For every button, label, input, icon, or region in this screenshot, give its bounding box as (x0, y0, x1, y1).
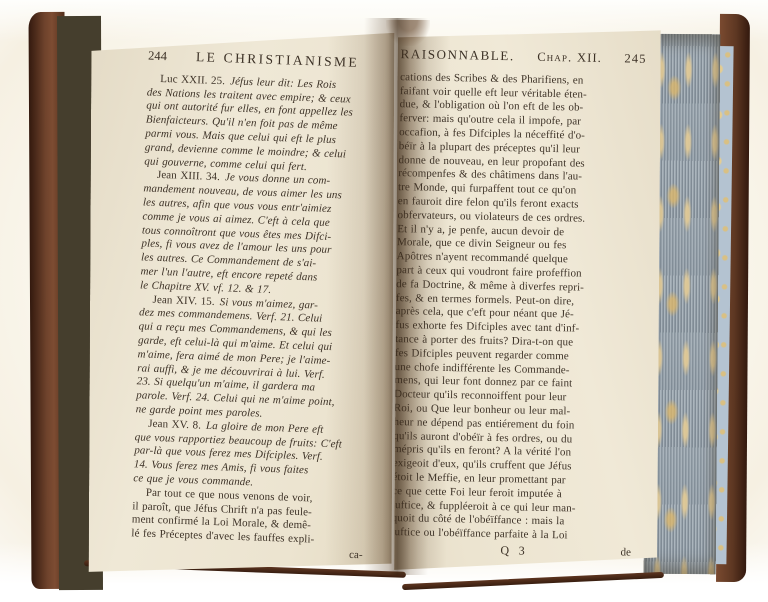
gathering-signature: Q 3 (500, 543, 528, 558)
paragraph-jean-xiii: Jean XIII. 34.Je vous donne un com- mand… (140, 169, 384, 301)
chapter-label: Chap. XII. (537, 51, 602, 66)
scripture-quote: Je vous donne un com- mandement nouveau,… (140, 172, 342, 296)
right-page-text: RAISONNABLE. Chap. XII. 245 cations des … (391, 47, 647, 561)
right-running-title: RAISONNABLE. (400, 47, 514, 63)
scripture-quote: Jéfus leur dit: Les Rois des Nations les… (144, 75, 353, 173)
paragraph-continuation: cations des Scribes & des Pharifiens, en… (391, 71, 646, 545)
left-page: 244 LE CHRISTIANISME Luc XXII. 25.Jéfus … (89, 31, 395, 578)
verse-reference: Jean XIII. 34. (157, 169, 220, 183)
scripture-quote: Si vous m'aimez, gar- dez mes commandeme… (136, 296, 335, 420)
left-running-title: LE CHRISTIANISME (167, 49, 388, 70)
right-running-head: RAISONNABLE. Chap. XII. 245 (400, 47, 646, 67)
right-page: RAISONNABLE. Chap. XII. 245 cations des … (394, 23, 661, 574)
left-running-head: 244 LE CHRISTIANISME (148, 49, 388, 72)
paragraph-luc-xxii: Luc XXII. 25.Jéfus leur dit: Les Rois de… (144, 72, 387, 177)
verse-reference: Luc XXII. 25. (160, 73, 225, 87)
verse-reference: Jean XV. 8. (148, 417, 201, 431)
signature-row: Q 3 de (391, 542, 637, 562)
right-catchword: de (620, 546, 631, 560)
paragraph-jean-xv: Jean XV. 8.La gloire de mon Pere eft que… (133, 417, 375, 494)
book-photo-scene: 244 LE CHRISTIANISME Luc XXII. 25.Jéfus … (0, 0, 768, 602)
left-page-text: 244 LE CHRISTIANISME Luc XXII. 25.Jéfus … (131, 49, 389, 564)
right-page-number: 245 (624, 52, 646, 66)
paragraph-jean-xiv: Jean XIV. 15.Si vous m'aimez, gar- dez m… (135, 293, 379, 425)
bottom-board-edge-right (402, 572, 664, 590)
verse-reference: Jean XIV. 15. (152, 293, 215, 307)
paragraph-commentary: Par tout ce que nous venons de voir, il … (131, 486, 373, 550)
left-page-number: 244 (148, 50, 168, 64)
spine-top-notch (386, 20, 430, 46)
